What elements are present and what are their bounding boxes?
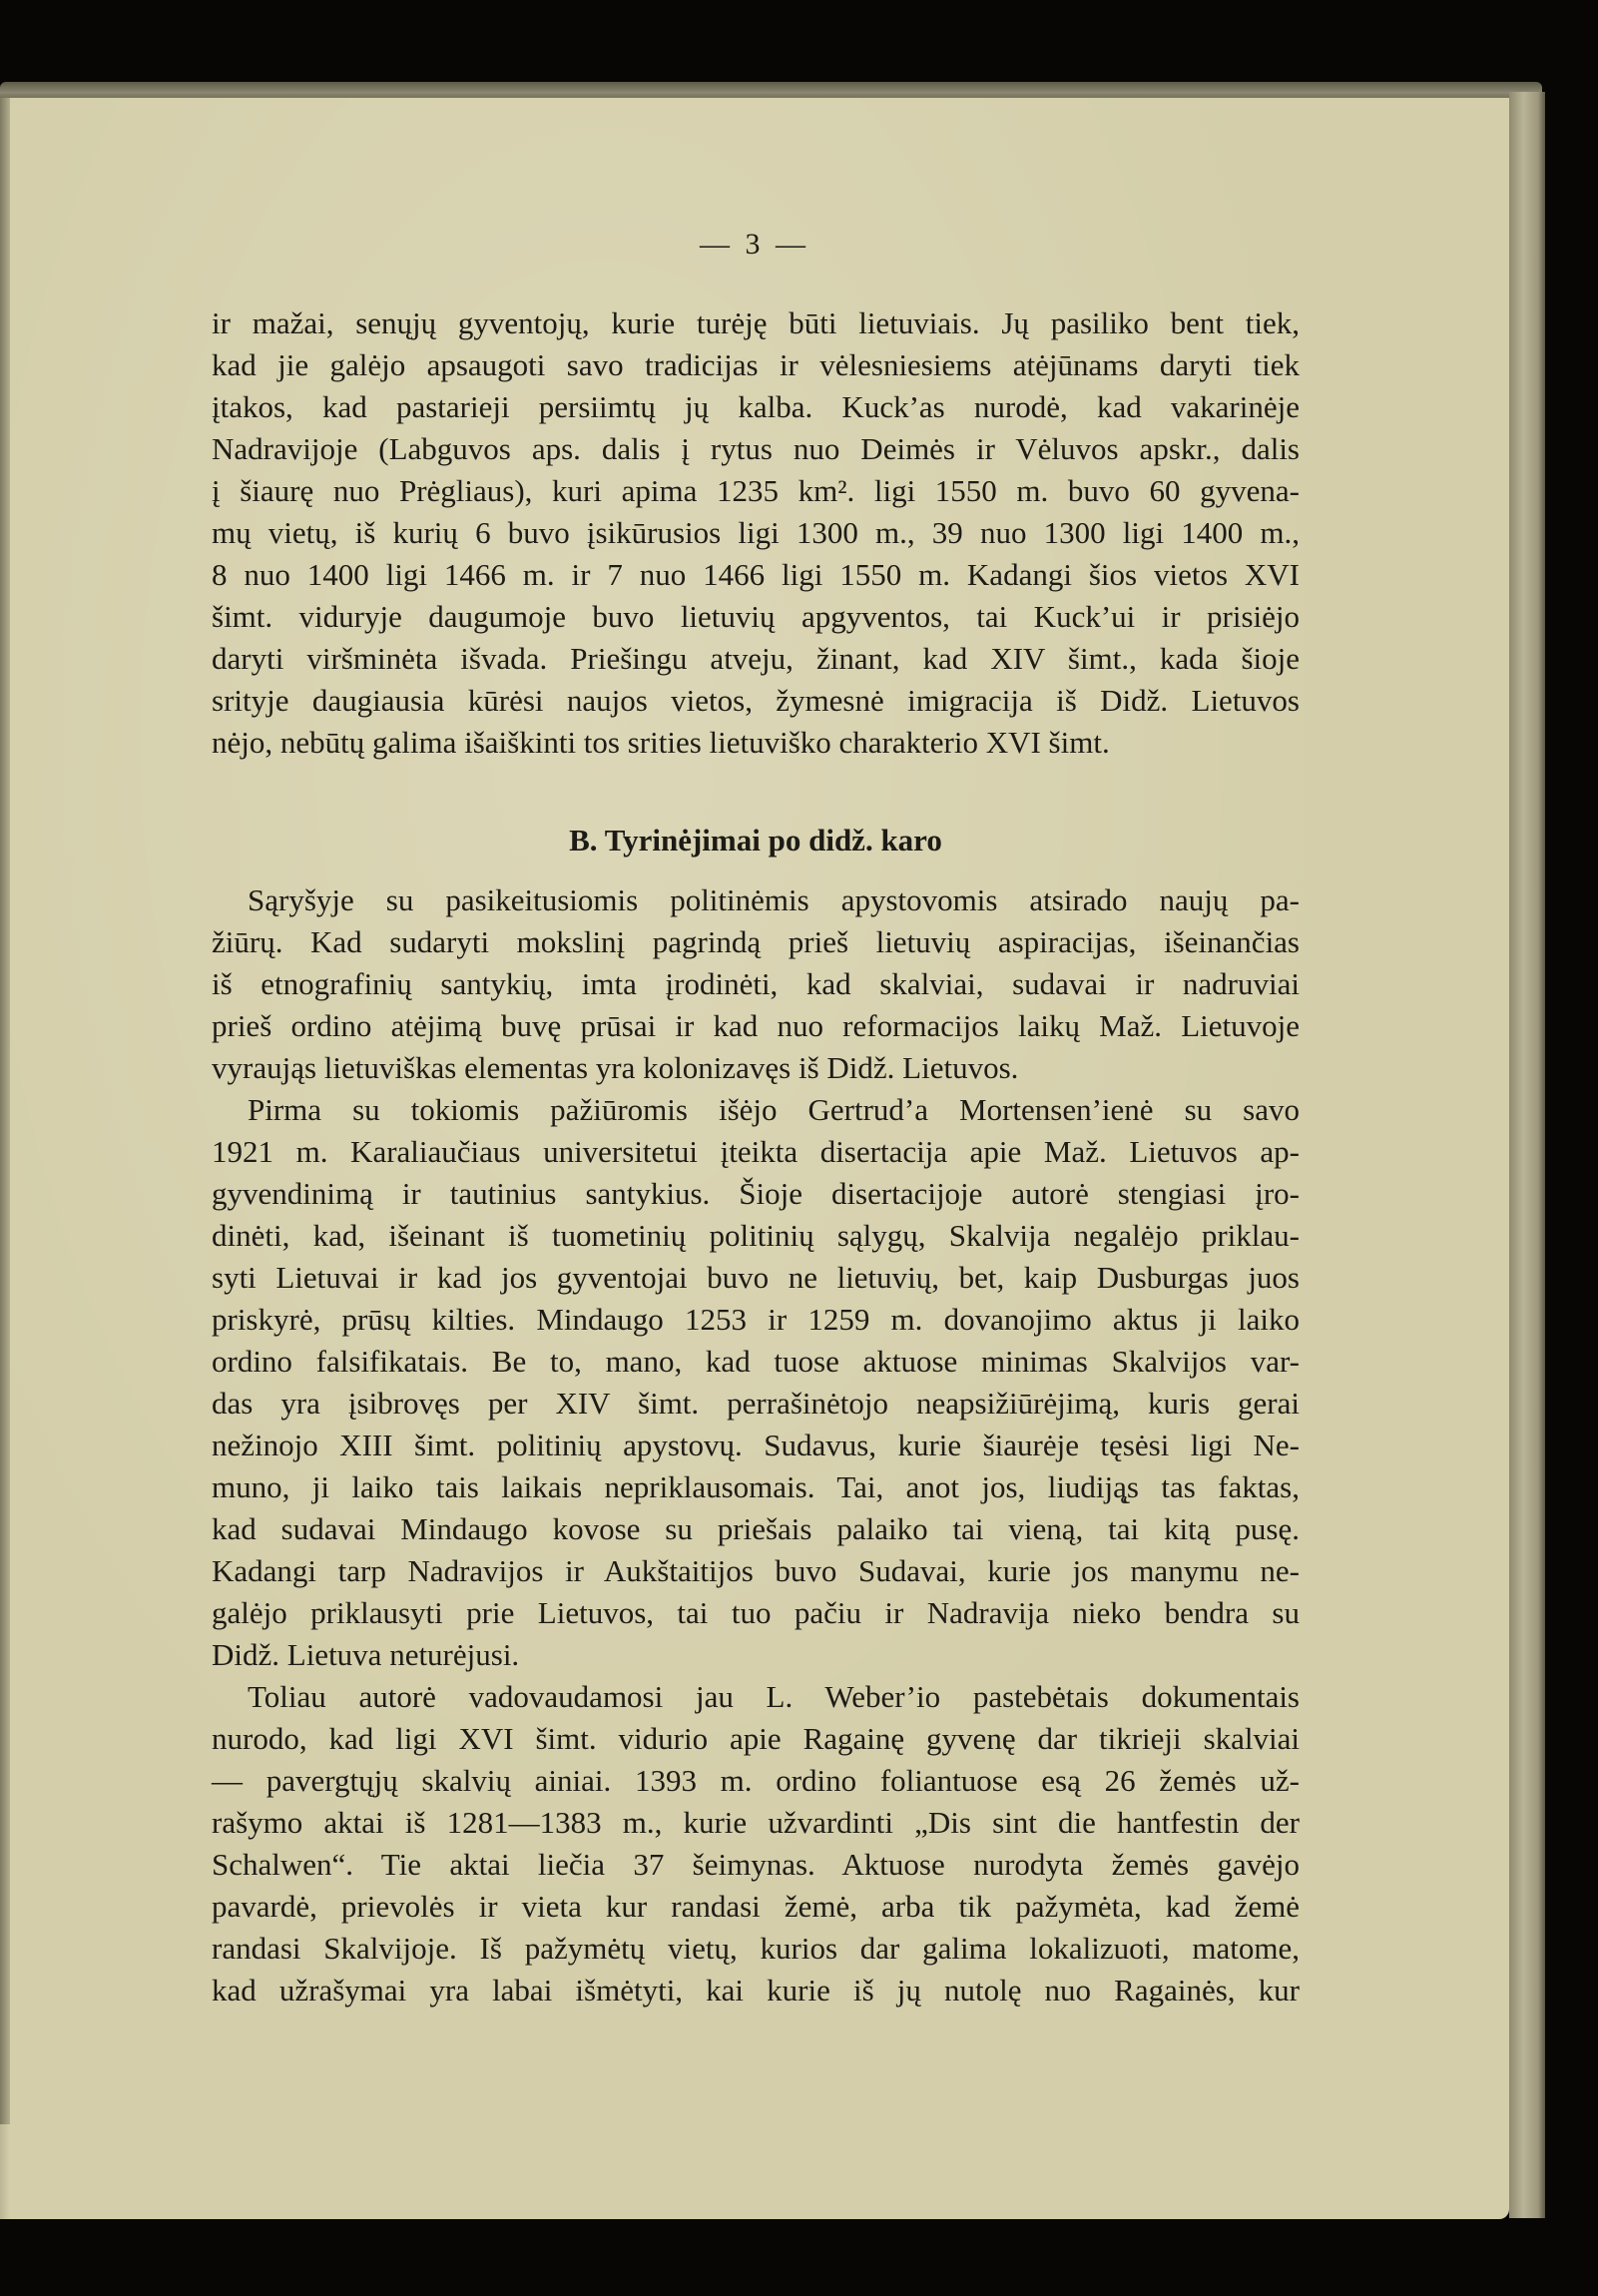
- paragraph: Sąryšyje su pasikeitusiomis politinėmis …: [212, 879, 1300, 1089]
- text-line: pavardė, prievolės ir vieta kur randasi …: [212, 1886, 1300, 1928]
- body-text: ir mažai, senųjų gyventojų, kurie turėję…: [212, 302, 1300, 2011]
- text-line: rašymo aktai iš 1281—1383 m., kurie užva…: [212, 1802, 1300, 1844]
- text-line: gyvendinimą ir tautinius santykius. Šioj…: [212, 1173, 1300, 1215]
- text-line: mų vietų, iš kurių 6 buvo įsikūrusios li…: [212, 512, 1300, 554]
- text-line: Kadangi tarp Nadravijos ir Aukštaitijos …: [212, 1550, 1300, 1592]
- text-line: Schalwen“. Tie aktai liečia 37 šeimynas.…: [212, 1844, 1300, 1886]
- paragraph: Pirma su tokiomis pažiūromis išėjo Gertr…: [212, 1089, 1300, 1676]
- page-number: — 3 —: [0, 228, 1509, 262]
- text-line: šimt. viduryje daugumoje buvo lietuvių a…: [212, 596, 1300, 638]
- text-line: iš etnografinių santykių, imta įrodinėti…: [212, 963, 1300, 1005]
- text-line: nežinojo XIII šimt. politinių apystovų. …: [212, 1425, 1300, 1466]
- text-line: dinėti, kad, išeinant iš tuometinių poli…: [212, 1215, 1300, 1257]
- text-line: vyraująs lietuviškas elementas yra kolon…: [212, 1047, 1300, 1089]
- text-line: randasi Skalvijoje. Iš pažymėtų vietų, k…: [212, 1928, 1300, 1970]
- text-line: 8 nuo 1400 ligi 1466 m. ir 7 nuo 1466 li…: [212, 554, 1300, 596]
- text-line: Didž. Lietuva neturėjusi.: [212, 1634, 1300, 1676]
- text-line: nurodo, kad ligi XVI šimt. vidurio apie …: [212, 1718, 1300, 1760]
- text-line: prieš ordino atėjimą buvę prūsai ir kad …: [212, 1005, 1300, 1047]
- text-line: — pavergtųjų skalvių ainiai. 1393 m. ord…: [212, 1760, 1300, 1802]
- text-line: das yra įsibrovęs per XIV šimt. perrašin…: [212, 1383, 1300, 1425]
- text-line: Nadravijoje (Labguvos aps. dalis į rytus…: [212, 428, 1300, 470]
- text-line: kad užrašymai yra labai išmėtyti, kai ku…: [212, 1970, 1300, 2011]
- text-line: Pirma su tokiomis pažiūromis išėjo Gertr…: [212, 1089, 1300, 1131]
- text-line: galėjo priklausyti prie Lietuvos, tai tu…: [212, 1592, 1300, 1634]
- text-line: syti Lietuvai ir kad jos gyventojai buvo…: [212, 1257, 1300, 1299]
- text-line: kad jie galėjo apsaugoti savo tradicijas…: [212, 344, 1300, 386]
- page-binding-shadow: [0, 98, 10, 2124]
- text-line: 1921 m. Karaliaučiaus universitetui įtei…: [212, 1131, 1300, 1173]
- text-line: kad sudavai Mindaugo kovose su priešais …: [212, 1508, 1300, 1550]
- book-right-edge: [1509, 92, 1545, 2218]
- paragraph: Toliau autorė vadovaudamosi jau L. Weber…: [212, 1676, 1300, 2011]
- text-line: nėjo, nebūtų galima išaiškinti tos sriti…: [212, 722, 1300, 764]
- section-heading: B. Tyrinėjimai po didž. karo: [212, 820, 1300, 861]
- text-line: Sąryšyje su pasikeitusiomis politinėmis …: [212, 879, 1300, 921]
- text-line: ordino falsifikatais. Be to, mano, kad t…: [212, 1341, 1300, 1383]
- text-line: daryti viršminėta išvada. Priešingu atve…: [212, 638, 1300, 680]
- text-line: muno, ji laiko tais laikais nepriklausom…: [212, 1466, 1300, 1508]
- text-line: Toliau autorė vadovaudamosi jau L. Weber…: [212, 1676, 1300, 1718]
- text-line: ir mažai, senųjų gyventojų, kurie turėję…: [212, 302, 1300, 344]
- text-line: įtakos, kad pastarieji persiimtų jų kalb…: [212, 386, 1300, 428]
- paragraph: ir mažai, senųjų gyventojų, kurie turėję…: [212, 302, 1300, 764]
- text-line: srityje daugiausia kūrėsi naujos vietos,…: [212, 680, 1300, 722]
- text-line: į šiaurę nuo Prėgliaus), kuri apima 1235…: [212, 470, 1300, 512]
- text-line: žiūrų. Kad sudaryti mokslinį pagrindą pr…: [212, 921, 1300, 963]
- text-line: priskyrė, prūsų kilties. Mindaugo 1253 i…: [212, 1299, 1300, 1341]
